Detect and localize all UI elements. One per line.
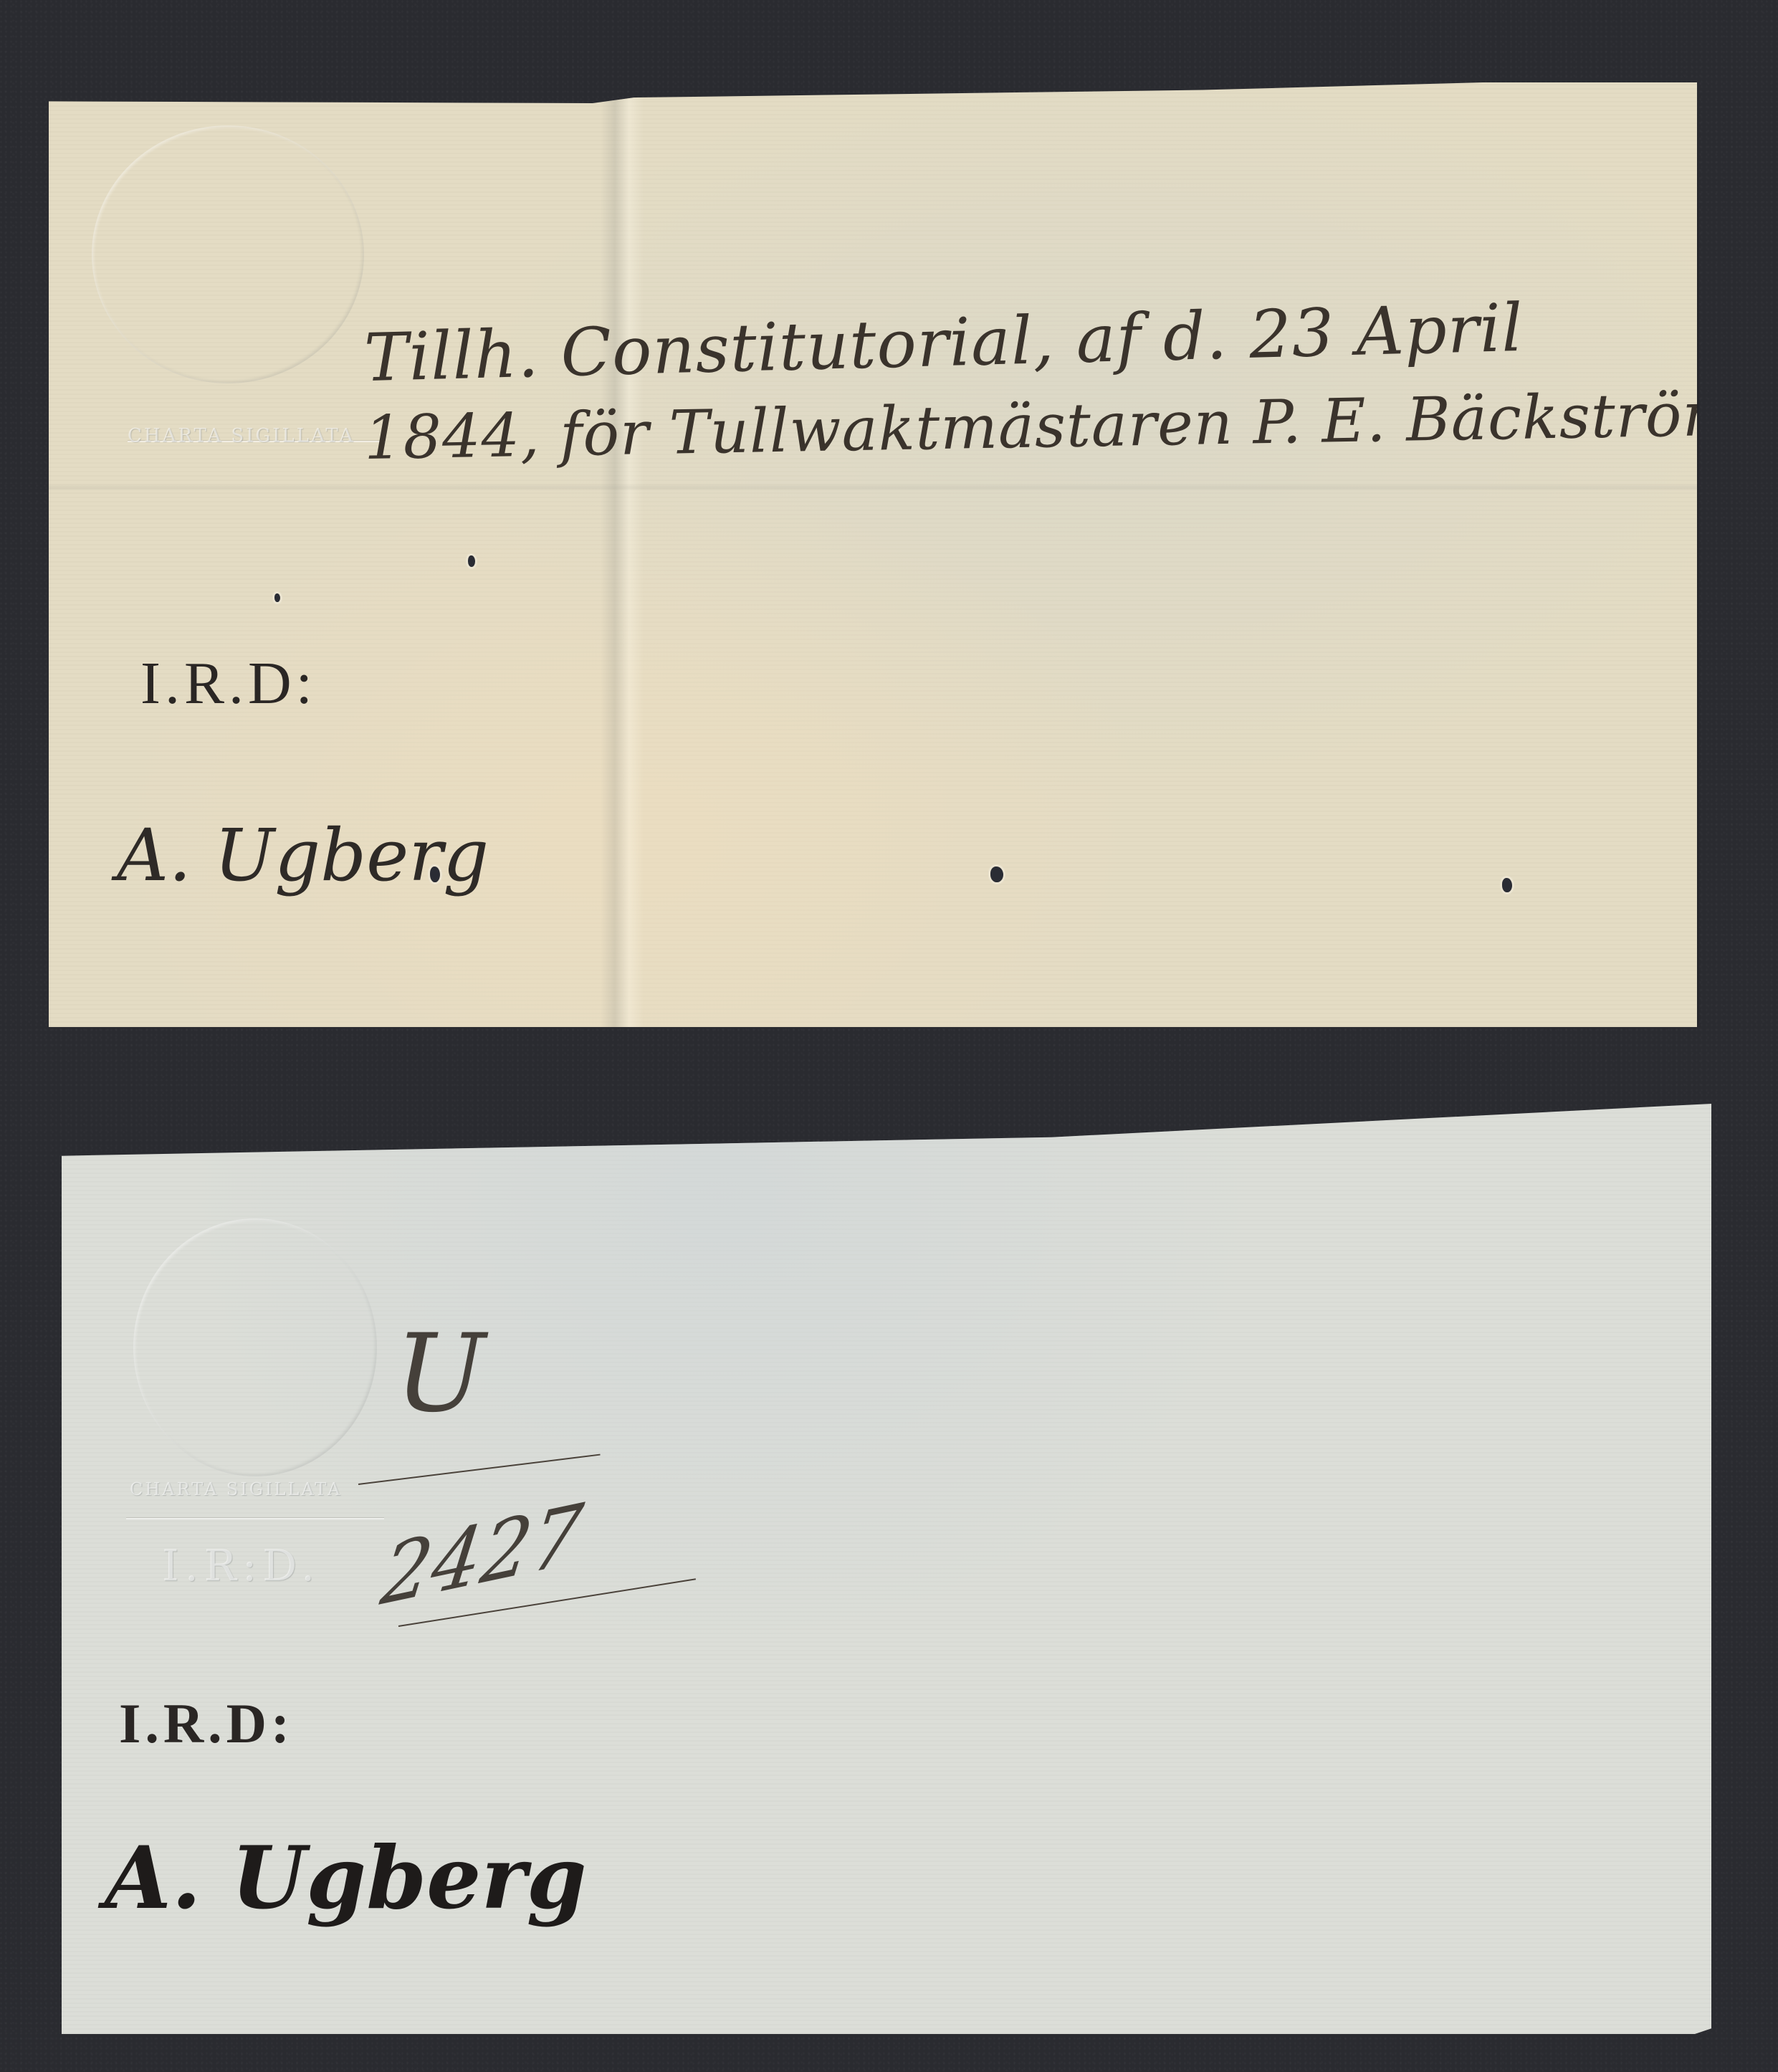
handwritten-number: 2427 bbox=[376, 1485, 589, 1624]
handwritten-line-2: 1844, för Tullwaktmästaren P. E. Bäckstr… bbox=[363, 378, 1697, 473]
ink-hole bbox=[274, 593, 280, 602]
lower-document-sheet: CHARTA SIGILLATA I.R:D. U 2427 I.R.D: A.… bbox=[62, 1104, 1711, 2034]
ird-stamp: I.R.D: bbox=[140, 649, 317, 718]
handwritten-line-1: Tillh. Constitutorial, af d. 23 April bbox=[363, 290, 1524, 396]
handwritten-note: U bbox=[395, 1312, 486, 1436]
ink-hole bbox=[1502, 878, 1512, 892]
ink-hole bbox=[990, 866, 1003, 882]
embossed-seal-underline bbox=[126, 1518, 384, 1519]
stamped-signature: A. Ugberg bbox=[105, 1828, 587, 1929]
embossed-ird-stamp: I.R:D. bbox=[162, 1541, 320, 1591]
embossed-seal-text: CHARTA SIGILLATA bbox=[128, 425, 355, 447]
upper-document-sheet: CHARTA SIGILLATA Tillh. Constitutorial, … bbox=[49, 82, 1697, 1027]
horizontal-crease bbox=[49, 484, 1697, 491]
ink-hole bbox=[430, 866, 440, 882]
ird-stamp: I.R.D: bbox=[119, 1691, 294, 1756]
embossed-seal bbox=[133, 1218, 377, 1476]
embossed-seal-text: CHARTA SIGILLATA bbox=[130, 1479, 342, 1499]
underline-rule bbox=[358, 1454, 601, 1485]
embossed-seal bbox=[92, 125, 364, 383]
stamped-signature: A. Ugberg bbox=[117, 813, 489, 897]
vertical-fold-line bbox=[601, 82, 644, 1027]
ink-hole bbox=[468, 555, 475, 567]
